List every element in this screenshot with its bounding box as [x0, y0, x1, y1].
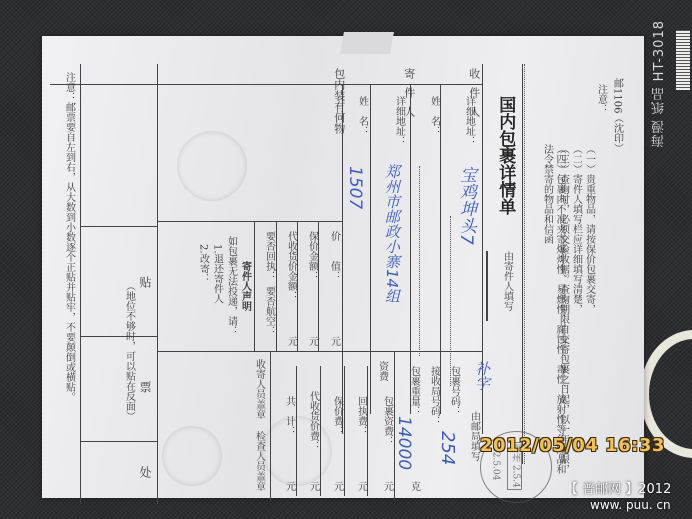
- recipient-name-label: 姓 名：: [427, 96, 440, 136]
- declaration-option-1: 1.退还寄件人: [210, 244, 223, 304]
- parcel-number-value: 254: [437, 431, 458, 465]
- form-title: 国内包裹详情单: [494, 96, 515, 215]
- parcel-fee-label: 包裹资费：: [380, 396, 393, 446]
- parcel-number-label: 包裹号码：: [447, 366, 460, 416]
- office-number-label: 接收局号码：: [427, 366, 440, 426]
- paper-fold: [340, 32, 394, 54]
- embossed-seal: [162, 426, 222, 486]
- watermark: 【 普邮网 】2012: [565, 478, 671, 497]
- watermark-url: www. puu. cn: [590, 498, 671, 512]
- declaration-option-2: 2.改寄：: [196, 244, 209, 284]
- fee-label: 资费: [375, 361, 388, 381]
- note-4: （四）包裹内不准夹寄爆炸性、易燃性、腐蚀性、毒性、放射性等危险品和法令禁寄的物品…: [540, 144, 565, 474]
- sender-name-label: 姓 名：: [355, 96, 368, 136]
- cod-amount-label: 代收货价金额：: [284, 231, 297, 301]
- declaration-text: 如包裹无法投递，请：: [224, 236, 237, 336]
- background-packaging-label: 海漫 纸品 HT-3018: [650, 20, 669, 148]
- stamp-area-char-2: 票: [137, 381, 152, 393]
- sender-fill-note: 由寄件人填写: [500, 251, 513, 311]
- barcode: [676, 30, 690, 90]
- weight-value: 14000: [394, 416, 414, 470]
- form-code: 邮1106（沈印）: [610, 78, 623, 153]
- stamp-area-note: （地位不够时，可以贴在反面）: [122, 281, 135, 421]
- footer-note: 注意：邮票要自左到右，从大数到小数逐个正贴并贴牢，不要颠倒或横贴。: [62, 72, 75, 492]
- embossed-seal: [177, 131, 247, 201]
- stamp-area-char-1: 贴: [137, 276, 152, 288]
- receipt-fee-label: 回执费：: [354, 396, 367, 436]
- weight-label: 包裹重量：: [407, 366, 420, 416]
- camera-timestamp: 2012/05/04 16:33: [480, 435, 665, 456]
- recipient-address-label: 详细地址：: [462, 96, 475, 146]
- receiving-clerk-label: 收寄人员盖章: [252, 359, 265, 419]
- handwritten-note: 补字: [472, 361, 493, 391]
- receipt-label: 要否回执：: [262, 231, 275, 281]
- parcel-form: 邮1106（沈印） 注意： （一）贵重物品，请按保价包裹交寄， （二）寄件人填写…: [42, 36, 644, 498]
- contents-label: 包内装有何物: [332, 68, 346, 134]
- insurance-fee-label: 保价费：: [330, 396, 343, 436]
- air-label: 要否航空：: [262, 286, 275, 336]
- sender-name-value: 1507: [345, 166, 365, 209]
- post-fill-note: 由邮局填写: [467, 411, 480, 461]
- note-2: （二）寄件人填写栏应详细填写清楚，: [569, 144, 582, 314]
- sender-address-value: 郑州市邮政小寨14组: [382, 164, 403, 303]
- embossed-seal: [262, 416, 332, 486]
- recipient-address-value: 宝鸡坤头7: [454, 166, 479, 245]
- stamp-area-char-3: 处: [137, 466, 152, 478]
- sender-address-label: 详细地址：: [392, 96, 405, 146]
- value-label: 价 值：: [327, 231, 340, 281]
- notes-label: 注意：: [594, 84, 607, 114]
- note-1: （一）贵重物品，请按保价包裹交寄，: [582, 144, 595, 314]
- declaration-title: 寄件人声明: [238, 261, 251, 311]
- insured-amount-label: 保价金额：: [305, 231, 318, 281]
